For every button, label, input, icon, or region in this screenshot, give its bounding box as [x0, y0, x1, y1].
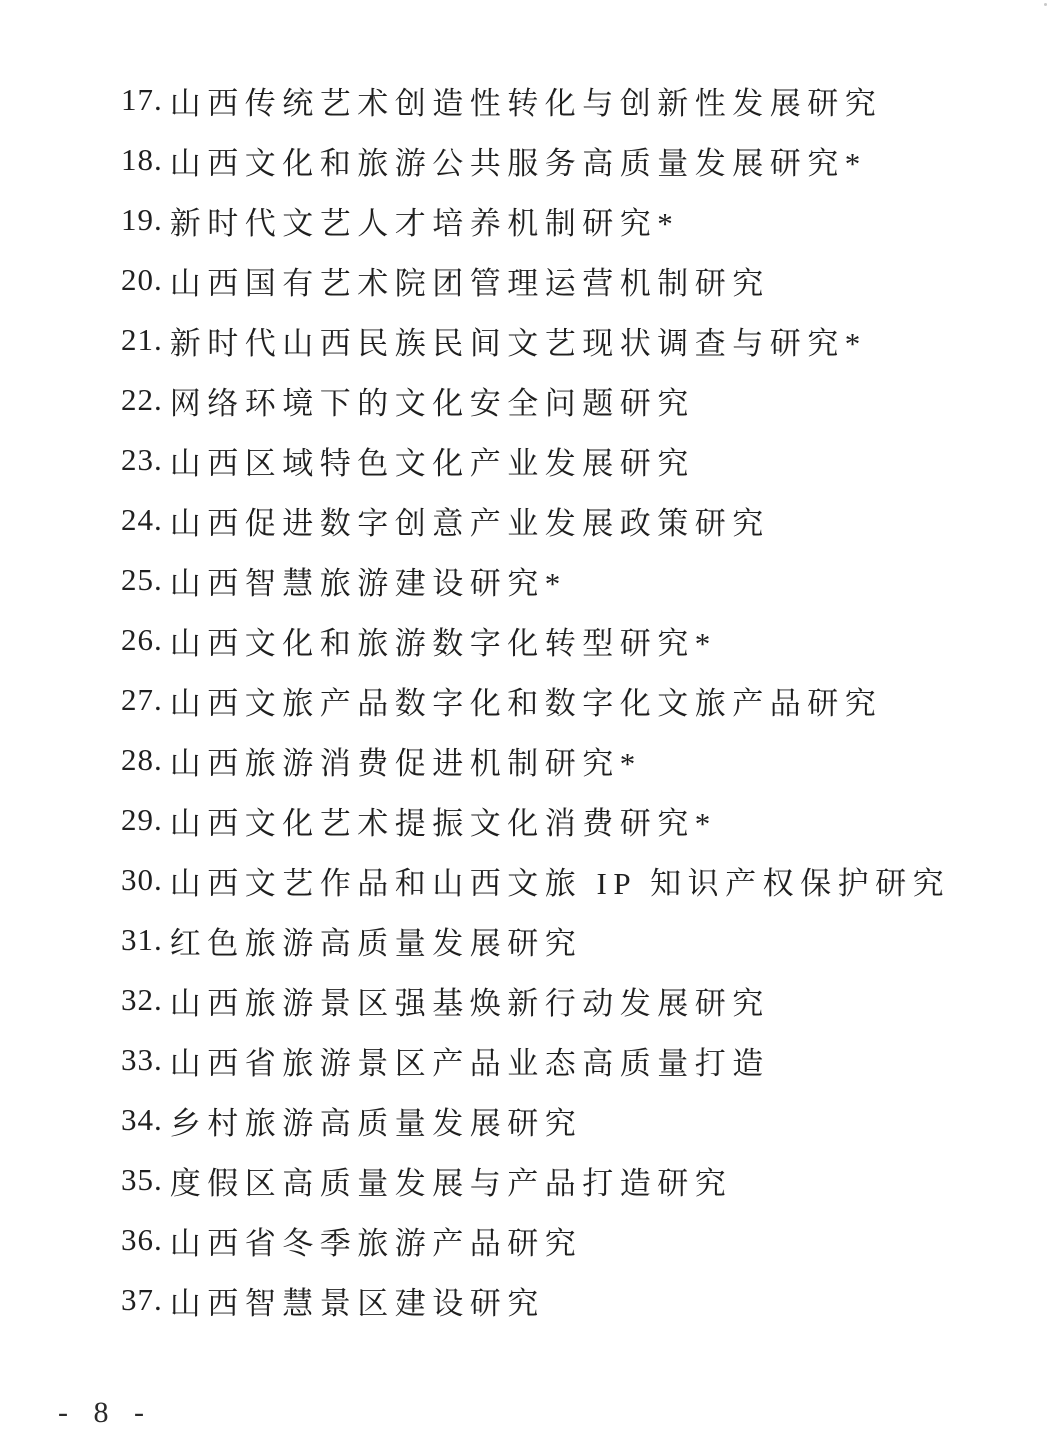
item-title: 乡村旅游高质量发展研究: [170, 1098, 583, 1143]
item-title: 山西促进数字创意产业发展政策研究: [170, 498, 770, 543]
item-title: 新时代文艺人才培养机制研究*: [170, 198, 680, 243]
list-item: 20. 山西国有艺术院团管理运营机制研究: [121, 250, 1053, 310]
item-title: 新时代山西民族民间文艺现状调查与研究*: [170, 318, 867, 363]
item-number: 25.: [121, 562, 163, 598]
item-number: 29.: [121, 802, 163, 838]
list-item: 24. 山西促进数字创意产业发展政策研究: [121, 490, 1053, 550]
list-item: 18. 山西文化和旅游公共服务高质量发展研究*: [121, 130, 1053, 190]
list-item: 28. 山西旅游消费促进机制研究*: [121, 730, 1053, 790]
item-title: 山西文化和旅游公共服务高质量发展研究*: [170, 138, 867, 183]
list-item: 31. 红色旅游高质量发展研究: [121, 910, 1053, 970]
item-number: 37.: [121, 1282, 163, 1318]
list-item: 37. 山西智慧景区建设研究: [121, 1270, 1053, 1330]
list-item: 21. 新时代山西民族民间文艺现状调查与研究*: [121, 310, 1053, 370]
list-item: 17. 山西传统艺术创造性转化与创新性发展研究: [121, 70, 1053, 130]
item-number: 22.: [121, 382, 163, 418]
item-title: 山西区域特色文化产业发展研究: [170, 438, 695, 483]
item-title: 网络环境下的文化安全问题研究: [170, 378, 695, 423]
item-title: 山西文艺作品和山西文旅 IP 知识产权保护研究: [170, 858, 950, 903]
item-number: 30.: [121, 862, 163, 898]
item-title: 山西旅游消费促进机制研究*: [170, 738, 642, 783]
item-title: 山西智慧旅游建设研究*: [170, 558, 567, 603]
list-item: 32. 山西旅游景区强基焕新行动发展研究: [121, 970, 1053, 1030]
item-number: 32.: [121, 982, 163, 1018]
item-number: 36.: [121, 1222, 163, 1258]
item-number: 23.: [121, 442, 163, 478]
scan-speck: [1044, 3, 1047, 6]
list-item: 35. 度假区高质量发展与产品打造研究: [121, 1150, 1053, 1210]
item-title: 度假区高质量发展与产品打造研究: [170, 1158, 733, 1203]
item-title: 山西文化和旅游数字化转型研究*: [170, 618, 717, 663]
item-number: 26.: [121, 622, 163, 658]
list-item: 30. 山西文艺作品和山西文旅 IP 知识产权保护研究: [121, 850, 1053, 910]
page-number: - 8 -: [58, 1396, 153, 1430]
item-number: 35.: [121, 1162, 163, 1198]
item-title: 山西文化艺术提振文化消费研究*: [170, 798, 717, 843]
document-page: 17. 山西传统艺术创造性转化与创新性发展研究 18. 山西文化和旅游公共服务高…: [0, 0, 1053, 1453]
item-number: 31.: [121, 922, 163, 958]
item-number: 34.: [121, 1102, 163, 1138]
list-item: 34. 乡村旅游高质量发展研究: [121, 1090, 1053, 1150]
list-item: 23. 山西区域特色文化产业发展研究: [121, 430, 1053, 490]
list-item: 29. 山西文化艺术提振文化消费研究*: [121, 790, 1053, 850]
item-title: 山西省冬季旅游产品研究: [170, 1218, 583, 1263]
item-number: 18.: [121, 142, 163, 178]
list-item: 25. 山西智慧旅游建设研究*: [121, 550, 1053, 610]
item-title: 山西文旅产品数字化和数字化文旅产品研究: [170, 678, 883, 723]
list-item: 33. 山西省旅游景区产品业态高质量打造: [121, 1030, 1053, 1090]
item-number: 21.: [121, 322, 163, 358]
item-title: 山西国有艺术院团管理运营机制研究: [170, 258, 770, 303]
item-number: 24.: [121, 502, 163, 538]
scan-speck: [789, 158, 793, 162]
topic-list: 17. 山西传统艺术创造性转化与创新性发展研究 18. 山西文化和旅游公共服务高…: [0, 0, 1053, 1330]
item-number: 33.: [121, 1042, 163, 1078]
list-item: 27. 山西文旅产品数字化和数字化文旅产品研究: [121, 670, 1053, 730]
item-title: 山西传统艺术创造性转化与创新性发展研究: [170, 78, 883, 123]
list-item: 19. 新时代文艺人才培养机制研究*: [121, 190, 1053, 250]
item-title: 山西智慧景区建设研究: [170, 1278, 545, 1323]
item-number: 27.: [121, 682, 163, 718]
item-number: 28.: [121, 742, 163, 778]
item-number: 17.: [121, 82, 163, 118]
list-item: 22. 网络环境下的文化安全问题研究: [121, 370, 1053, 430]
list-item: 36. 山西省冬季旅游产品研究: [121, 1210, 1053, 1270]
item-number: 19.: [121, 202, 163, 238]
item-title: 山西省旅游景区产品业态高质量打造: [170, 1038, 770, 1083]
list-item: 26. 山西文化和旅游数字化转型研究*: [121, 610, 1053, 670]
item-title: 山西旅游景区强基焕新行动发展研究: [170, 978, 770, 1023]
item-title: 红色旅游高质量发展研究: [170, 918, 583, 963]
item-number: 20.: [121, 262, 163, 298]
